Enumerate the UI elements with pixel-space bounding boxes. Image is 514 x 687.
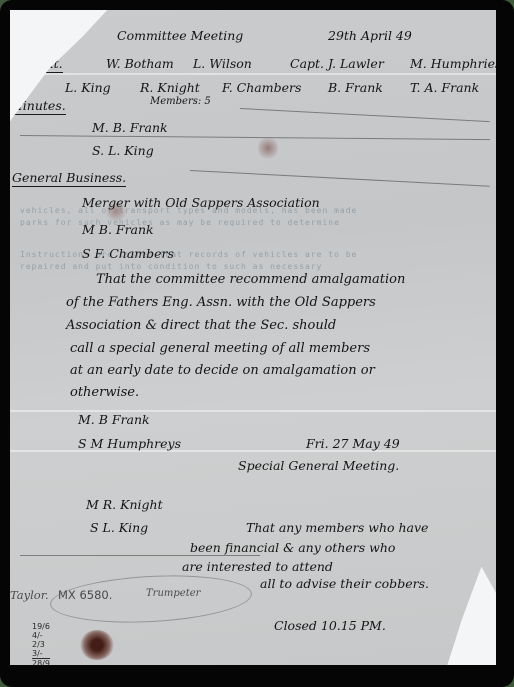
faded-typed-text: parks for such vehicles as may be requir…: [20, 218, 340, 227]
motion-moved: M R. Knight: [86, 497, 163, 512]
meeting-date: 29th April 49: [328, 28, 412, 43]
attendee: L. Wilson: [193, 56, 252, 71]
members-count: Members: 5: [150, 96, 211, 107]
faded-typed-text: repaired and put into condition to such …: [20, 262, 322, 271]
ink-stain: [80, 630, 114, 660]
motion-seconded: S L. King: [90, 520, 148, 535]
motion-text-line: at an early date to decide on amalgamati…: [70, 363, 375, 378]
paper-fold: [10, 73, 496, 75]
crease-line: [240, 108, 490, 122]
motion-seconded: S F. Chambers: [82, 246, 174, 261]
motion-text-line: of the Fathers Eng. Assn. with the Old S…: [66, 295, 376, 310]
motion-text-line: call a special general meeting of all me…: [70, 341, 370, 356]
motion-text-line: otherwise.: [70, 385, 139, 400]
meeting-title: Committee Meeting: [117, 28, 243, 43]
motion-text-line: That any members who have: [246, 520, 428, 535]
tally-line: 19/6: [32, 622, 50, 631]
meeting-date-note: Fri. 27 May 49: [306, 436, 400, 451]
minutes-moved: M. B. Frank: [92, 120, 168, 135]
motion-title: Merger with Old Sappers Association: [82, 195, 320, 210]
tally-figures: 19/6 4/- 2/3 3/- 28/9: [32, 622, 50, 668]
crease-line: [190, 170, 490, 187]
motion-moved: M. B Frank: [78, 412, 150, 427]
motion-text-line: Association & direct that the Sec. shoul…: [66, 318, 336, 333]
motion-seconded: S M Humphreys: [78, 436, 181, 451]
attendee: F. Chambers: [222, 80, 301, 95]
special-meeting-note: Special General Meeting.: [238, 458, 399, 473]
faded-typed-text: Instructions are issued that records of …: [20, 250, 357, 259]
pencil-name: Taylor.: [10, 588, 49, 602]
motion-text-line: are interested to attend: [182, 559, 333, 574]
attendee: W. Botham: [106, 56, 174, 71]
tally-line: 2/3: [32, 640, 50, 649]
motion-text-line: all to advise their cobbers.: [260, 576, 429, 591]
crease-line: [20, 555, 260, 556]
attendee: L. King: [65, 80, 111, 95]
pencil-word: Trumpeter: [146, 588, 200, 599]
stain: [258, 135, 278, 161]
motion-moved: M B. Frank: [82, 222, 154, 237]
closing-time: Closed 10.15 PM.: [274, 618, 386, 633]
crease-line: [20, 135, 490, 140]
attendee: Capt. J. Lawler: [290, 56, 384, 71]
minutes-paper: vehicles, all of transport types and mod…: [10, 10, 496, 665]
pencil-number: MX 6580.: [58, 588, 112, 602]
motion-text-line: That the committee recommend amalgamatio…: [96, 272, 405, 287]
attendee: R. Knight: [140, 80, 200, 95]
attendee: T. A. Frank: [410, 80, 479, 95]
tally-line: 3/-: [32, 649, 50, 659]
minutes-seconded: S. L. King: [92, 143, 154, 158]
attendee: M. Humphries: [410, 56, 501, 71]
motion-text-line: been financial & any others who: [190, 540, 395, 555]
tally-line: 4/-: [32, 631, 50, 640]
general-business-label: General Business.: [12, 170, 126, 187]
attendee: B. Frank: [328, 80, 383, 95]
